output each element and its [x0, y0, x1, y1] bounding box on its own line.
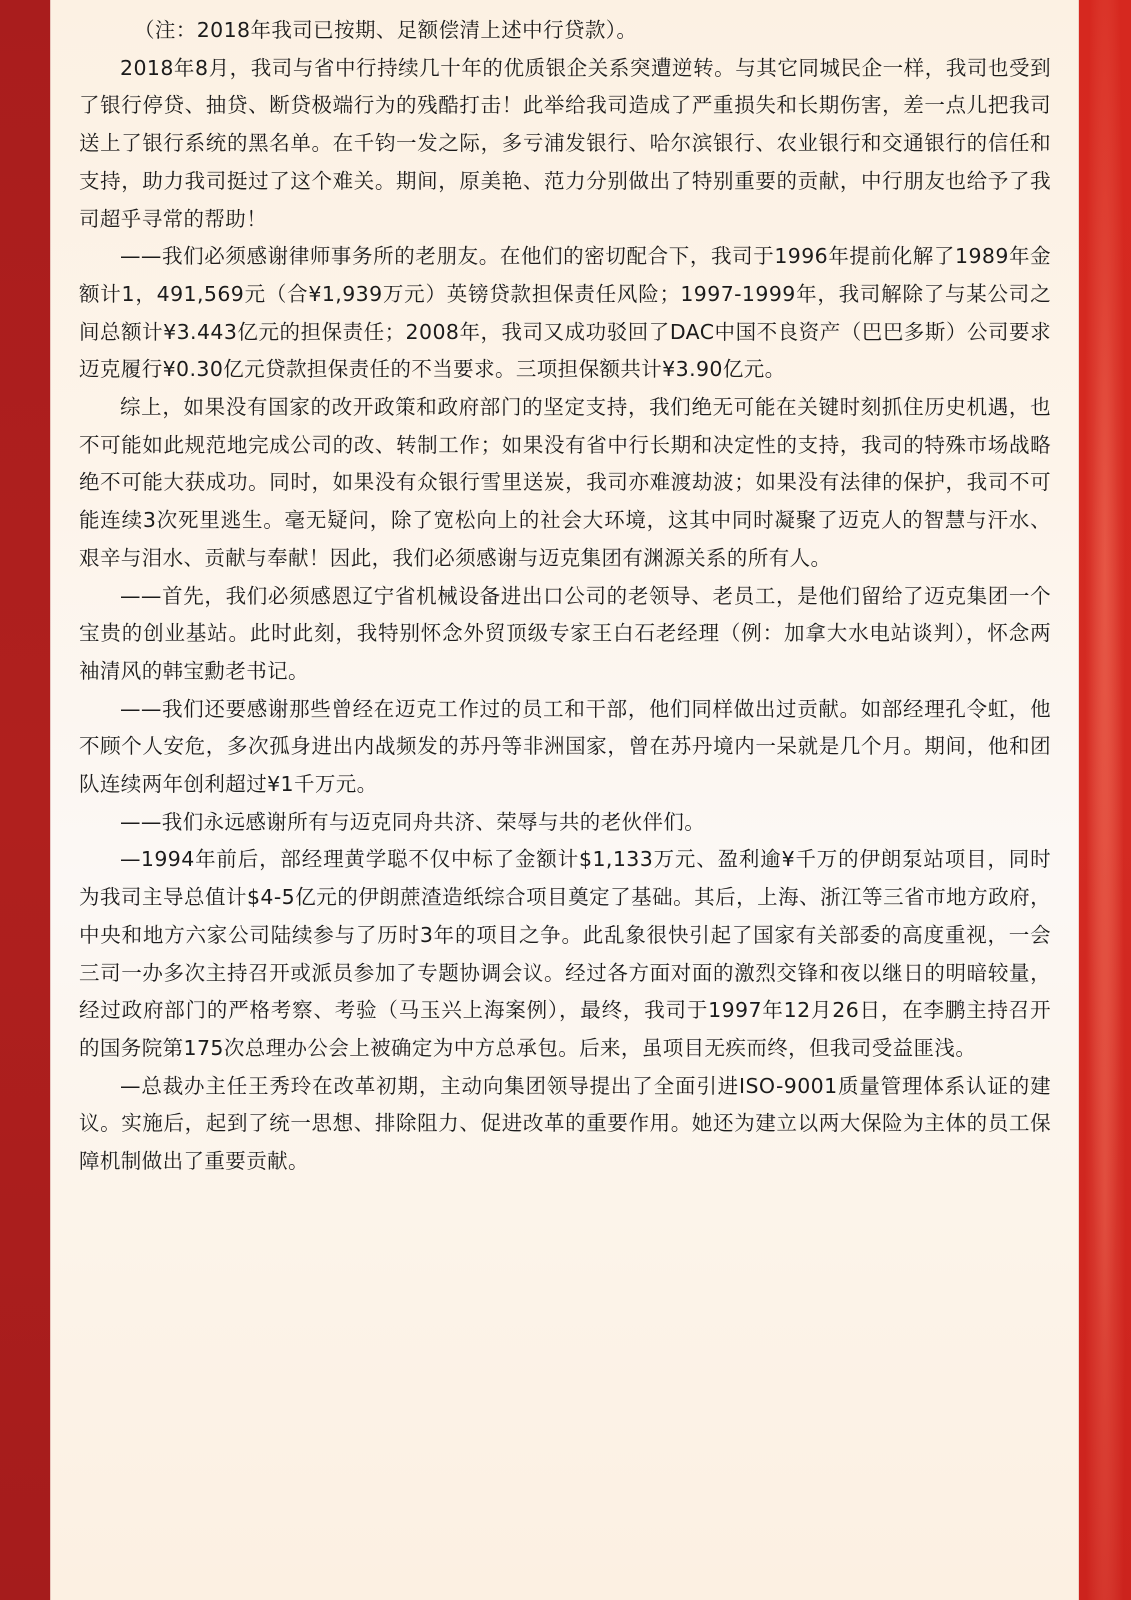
document-page: （注：2018年我司已按期、足额偿清上述中行贷款）。 2018年8月，我司与省中…	[50, 0, 1079, 1600]
paragraph-liaoning-company-thanks: ——首先，我们必须感恩辽宁省机械设备进出口公司的老领导、老员工，是他们留给了迈克…	[79, 578, 1051, 691]
paragraph-summary: 综上，如果没有国家的改开政策和政府部门的坚定支持，我们绝无可能在关键时刻抓住历史…	[79, 389, 1051, 578]
paragraph-iran-project: —1994年前后，部经理黄学聪不仅中标了金额计$1,133万元、盈利逾¥千万的伊…	[79, 841, 1051, 1067]
paragraph-note: （注：2018年我司已按期、足额偿清上述中行贷款）。	[79, 12, 1051, 50]
paragraph-partners-thanks: ——我们永远感谢所有与迈克同舟共济、荣辱与共的老伙伴们。	[79, 804, 1051, 842]
paragraph-iso-9001: —总裁办主任王秀玲在改革初期，主动向集团领导提出了全面引进ISO-9001质量管…	[79, 1068, 1051, 1181]
left-red-border	[0, 0, 50, 1600]
paragraph-2018-bank-crisis: 2018年8月，我司与省中行持续几十年的优质银企关系突遭逆转。与其它同城民企一样…	[79, 50, 1051, 239]
right-red-border	[1079, 0, 1131, 1600]
paragraph-staff-thanks: ——我们还要感谢那些曾经在迈克工作过的员工和干部，他们同样做出过贡献。如部经理孔…	[79, 691, 1051, 804]
document-body: （注：2018年我司已按期、足额偿清上述中行贷款）。 2018年8月，我司与省中…	[79, 12, 1051, 1181]
paragraph-law-firm-thanks: ——我们必须感谢律师事务所的老朋友。在他们的密切配合下，我司于1996年提前化解…	[79, 238, 1051, 389]
